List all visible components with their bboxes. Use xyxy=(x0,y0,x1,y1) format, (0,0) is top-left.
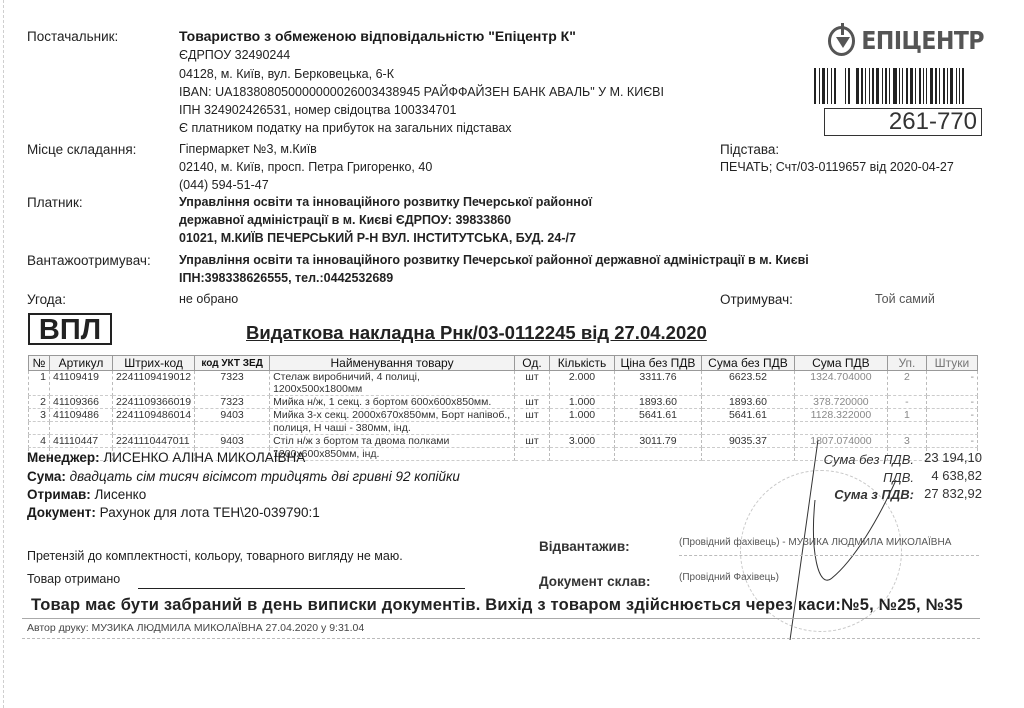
document-ref: Документ: Рахунок для лота ТЕН\20-039790… xyxy=(27,505,320,520)
barcode-bar xyxy=(869,68,870,104)
page-edge xyxy=(3,0,4,708)
barcode-bar xyxy=(956,68,957,104)
barcode-bar xyxy=(935,68,937,104)
col-unit: Од. xyxy=(515,356,550,371)
barcode-bar xyxy=(962,68,964,104)
barcode-bar xyxy=(915,68,916,104)
barcode-bar xyxy=(923,68,924,104)
cell-pcs: - xyxy=(926,371,977,396)
cell-name: Мийка н/ж, 1 секц. з бортом 600x600x850м… xyxy=(270,396,515,409)
cell-barcode: 2241110447011 xyxy=(112,435,194,448)
received-by: Отримав: Лисенко xyxy=(27,487,146,502)
cell-pack: 1 xyxy=(887,409,926,422)
manager-value: ЛИСЕНКО АЛІНА МИКОЛАЇВНА xyxy=(103,450,305,465)
barcode-bar xyxy=(893,68,897,104)
cell-pack: 2 xyxy=(887,371,926,396)
consignee-line2: ІПН:398338626555, тел.:0442532689 xyxy=(179,271,393,285)
epicentr-logo-icon xyxy=(828,26,855,56)
basis-label: Підстава: xyxy=(720,142,779,157)
supplier-label: Постачальник: xyxy=(27,29,118,44)
barcode-bar xyxy=(819,68,820,104)
pickup-warning: Товар має бути забраний в день виписки д… xyxy=(31,596,963,615)
document-title: Видаткова накладна Рнк/03-0112245 від 27… xyxy=(246,322,707,344)
sum-words-label: Сума: xyxy=(27,469,66,484)
logo-brand: ЕПІЦЕНТР xyxy=(861,27,984,56)
cell-qty: 1.000 xyxy=(550,409,615,422)
barcode-bar xyxy=(822,68,825,104)
col-barcode: Штрих-код xyxy=(112,356,194,371)
consignee-label: Вантажоотримувач: xyxy=(27,253,151,268)
barcode-bar xyxy=(906,68,908,104)
cell-vat: 1128.322000 xyxy=(794,409,887,422)
cell-name: Стелаж виробничий, 4 полиці, 1200x500x18… xyxy=(270,371,515,396)
cell-vat: 378.720000 xyxy=(794,396,887,409)
document-ref-value: Рахунок для лота ТЕН\20-039790:1 xyxy=(100,505,320,520)
barcode-bar xyxy=(848,68,850,104)
barcode-bar xyxy=(910,68,913,104)
shipped-label: Відвантажив: xyxy=(539,539,630,554)
received-by-label: Отримав: xyxy=(27,487,91,502)
cell-sum: 5641.61 xyxy=(701,409,794,422)
cell-pcs: - xyxy=(926,409,977,422)
table-row: 34110948622411094860149403Мийка 3-х секц… xyxy=(29,409,978,422)
sum-words: Сума: двадцать сім тисяч вісімсот тридця… xyxy=(27,469,460,484)
cell-unit: шт xyxy=(515,435,550,448)
place-label: Місце складання: xyxy=(27,142,136,157)
cell-barcode: 2241109486014 xyxy=(112,409,194,422)
barcode-bar xyxy=(885,68,887,104)
cell-number: 4 xyxy=(29,435,50,448)
barcode-bar xyxy=(889,68,890,104)
barcode-bar xyxy=(861,68,863,104)
barcode-bar xyxy=(930,68,933,104)
cell-price: 5641.61 xyxy=(614,409,701,422)
cell-qty: 1.000 xyxy=(550,396,615,409)
barcode-bar xyxy=(939,68,940,104)
payer-line1: Управління освіти та інноваційного розви… xyxy=(179,195,592,209)
payer-label: Платник: xyxy=(27,195,83,210)
cell-ukt: 7323 xyxy=(195,371,270,396)
barcode-bar xyxy=(902,68,903,104)
composed-value: (Провідний Фахівець) xyxy=(679,572,779,583)
supplier-name: Товариство з обмеженою відповідальністю … xyxy=(179,28,576,44)
barcode-bar xyxy=(926,68,927,104)
cell-price: 3011.79 xyxy=(614,435,701,448)
col-vat: Сума ПДВ xyxy=(794,356,887,371)
col-pcs: Штуки xyxy=(926,356,977,371)
goods-received: Товар отримано xyxy=(27,572,120,586)
supplier-ipn: ІПН 324902426531, номер свідоцтва 100334… xyxy=(179,103,456,117)
supplier-iban: IBAN: UA183808050000000026003438945 РАЙФ… xyxy=(179,85,664,99)
total-net-label: Сума без ПДВ. xyxy=(824,452,914,467)
cell-article: 41110447 xyxy=(49,435,112,448)
barcode-bar xyxy=(872,68,874,104)
cell-barcode: 2241109366019 xyxy=(112,396,194,409)
payer-line3: 01021, М.КИЇВ ПЕЧЕРСЬКИЙ Р-Н ВУЛ. ІНСТИТ… xyxy=(179,231,576,245)
barcode-bar xyxy=(919,68,921,104)
barcode-bar xyxy=(856,68,859,104)
total-net-value: 23 194,10 xyxy=(924,450,982,465)
divider xyxy=(22,618,980,619)
table-row-continuation: полиця, Н чаші - 380мм, інд. xyxy=(29,422,978,435)
shipped-value: (Провідний фахівець) - МУЗИКА ЛЮДМИЛА МИ… xyxy=(679,537,951,548)
divider-dashed xyxy=(22,638,980,639)
basis-value: ПЕЧАТЬ; Счт/03-0119657 від 2020-04-27 xyxy=(720,160,954,174)
place-line1: Гіпермаркет №3, м.Київ xyxy=(179,142,317,156)
cell-qty: 3.000 xyxy=(550,435,615,448)
barcode-bar xyxy=(899,68,900,104)
consignee-line1: Управління освіти та інноваційного розви… xyxy=(179,253,809,267)
barcode xyxy=(814,68,982,104)
received-by-value: Лисенко xyxy=(95,487,147,502)
cell-qty: 2.000 xyxy=(550,371,615,396)
total-vat-value: 4 638,82 xyxy=(931,468,982,483)
cell-number: 2 xyxy=(29,396,50,409)
barcode-bar xyxy=(943,68,945,104)
cell-article: 41109486 xyxy=(49,409,112,422)
cell-sum: 6623.52 xyxy=(701,371,794,396)
cell-barcode: 2241109419012 xyxy=(112,371,194,396)
cell-name-cont: полиця, Н чаші - 380мм, інд. xyxy=(270,422,515,435)
barcode-bar xyxy=(827,68,828,104)
total-vat-label: ПДВ. xyxy=(883,470,914,485)
table-row: 24110936622411093660197323Мийка н/ж, 1 с… xyxy=(29,396,978,409)
col-number: № xyxy=(29,356,50,371)
table-row: 14110941922411094190127323Стелаж виробни… xyxy=(29,371,978,396)
cell-sum: 1893.60 xyxy=(701,396,794,409)
cell-article: 41109366 xyxy=(49,396,112,409)
sum-words-value: двадцать сім тисяч вісімсот тридцять дві… xyxy=(70,469,460,484)
manager: Менеджер: ЛИСЕНКО АЛІНА МИКОЛАЇВНА xyxy=(27,450,305,465)
agreement-label: Угода: xyxy=(27,292,66,307)
claims-note: Претензій до комплектності, кольору, тов… xyxy=(27,549,403,563)
barcode-bar xyxy=(947,68,948,104)
shipped-line xyxy=(679,555,979,556)
cell-ukt: 9403 xyxy=(195,409,270,422)
col-qty: Кількість xyxy=(550,356,615,371)
cell-pack: - xyxy=(887,396,926,409)
cell-name-cont: 1200x600x850мм, інд. xyxy=(270,448,515,461)
vpl-badge: ВПЛ xyxy=(28,313,112,345)
col-name: Найменування товару xyxy=(270,356,515,371)
cell-unit: шт xyxy=(515,371,550,396)
barcode-bar xyxy=(950,68,953,104)
cell-ukt: 9403 xyxy=(195,435,270,448)
composed-label: Документ склав: xyxy=(539,574,650,589)
cell-price: 1893.60 xyxy=(614,396,701,409)
cell-ukt: 7323 xyxy=(195,396,270,409)
document-ref-label: Документ: xyxy=(27,505,96,520)
barcode-bar xyxy=(852,68,853,104)
cell-unit: шт xyxy=(515,396,550,409)
cell-name: Стіл н/ж з бортом та двома полками xyxy=(270,435,515,448)
place-line2: 02140, м. Київ, просп. Петра Григоренко,… xyxy=(179,160,432,174)
barcode-bar xyxy=(838,68,842,104)
col-pack: Уп. xyxy=(887,356,926,371)
cell-article: 41109419 xyxy=(49,371,112,396)
cell-pcs: - xyxy=(926,396,977,409)
agreement-value: не обрано xyxy=(179,292,238,306)
cell-unit: шт xyxy=(515,409,550,422)
col-price: Ціна без ПДВ xyxy=(614,356,701,371)
manager-label: Менеджер: xyxy=(27,450,100,465)
cell-pcs: - xyxy=(926,435,977,448)
signature-line[interactable] xyxy=(138,588,465,589)
barcode-bar xyxy=(834,68,836,104)
supplier-edrpou: ЄДРПОУ 32490244 xyxy=(179,48,290,62)
cell-vat: 1324.704000 xyxy=(794,371,887,396)
total-gross-label: Сума з ПДВ: xyxy=(834,487,914,502)
cell-price: 3311.76 xyxy=(614,371,701,396)
supplier-address: 04128, м. Київ, вул. Берковецька, 6-К xyxy=(179,67,394,81)
supplier-tax-note: Є платником податку на прибуток на загал… xyxy=(179,121,512,135)
barcode-bar xyxy=(959,68,960,104)
place-line3: (044) 594-51-47 xyxy=(179,178,269,192)
col-article: Артикул xyxy=(49,356,112,371)
barcode-bar xyxy=(876,68,879,104)
col-ukt: код УКТ ЗЕД xyxy=(195,356,270,371)
total-gross-value: 27 832,92 xyxy=(924,486,982,501)
table-header-row: № Артикул Штрих-код код УКТ ЗЕД Найменув… xyxy=(29,356,978,371)
payer-line2: державної адміністрації в м. Києві ЄДРПО… xyxy=(179,213,511,227)
barcode-bar xyxy=(831,68,832,104)
epicentr-logo: ЕПІЦЕНТР xyxy=(828,26,984,56)
receiver-label: Отримувач: xyxy=(720,292,793,307)
barcode-bar xyxy=(882,68,883,104)
barcode-bar xyxy=(865,68,866,104)
cell-number: 1 xyxy=(29,371,50,396)
col-sum: Сума без ПДВ xyxy=(701,356,794,371)
print-author: Автор друку: МУЗИКА ЛЮДМИЛА МИКОЛАЇВНА 2… xyxy=(27,622,364,634)
receiver-value: Той самий xyxy=(875,292,935,306)
barcode-bar xyxy=(845,68,846,104)
cell-name: Мийка 3-х секц. 2000x670x850мм, Борт нап… xyxy=(270,409,515,422)
cell-number: 3 xyxy=(29,409,50,422)
store-code: 261-770 xyxy=(824,108,982,136)
barcode-bar xyxy=(814,68,816,104)
